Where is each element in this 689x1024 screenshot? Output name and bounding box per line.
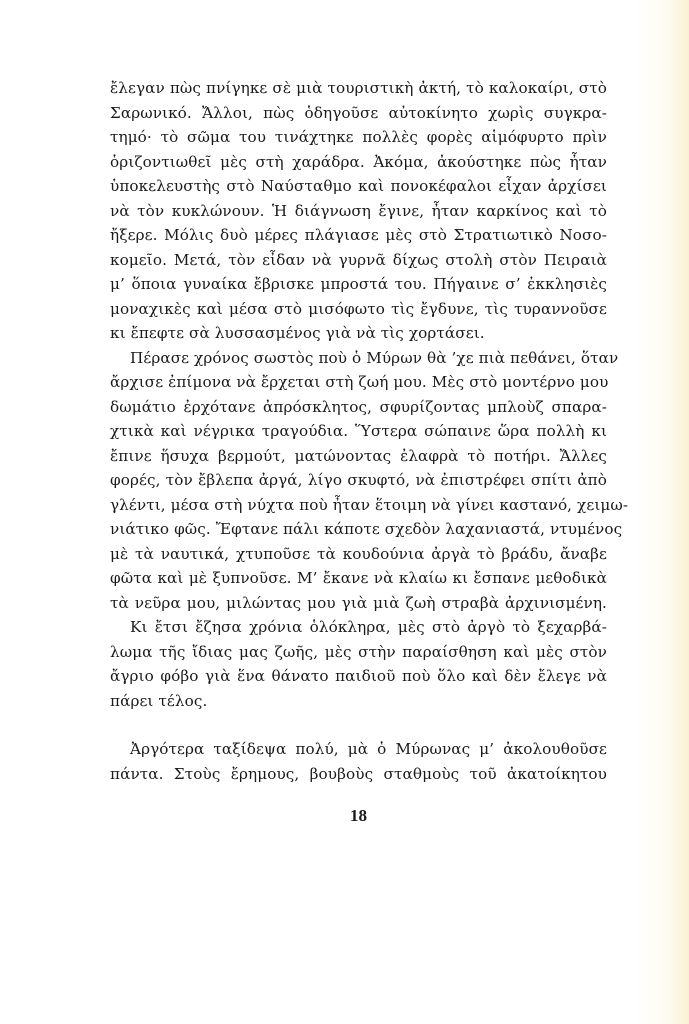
text-line: κι ἔπεφτε σὰ λυσσασμένος γιὰ νὰ τὶς χορτ…	[110, 321, 607, 346]
text-line: τὰ νεῦρα μου, μιλώντας μου γιὰ μιὰ ζωὴ σ…	[110, 591, 607, 616]
paragraph-3: Κι ἔτσι ἔζησα χρόνια ὁλόκληρα, μὲς στὸ ἀ…	[110, 615, 607, 713]
text-line: μοναχικὲς καὶ μέσα στὸ μισόφωτο τὶς ἔγδυ…	[110, 297, 607, 322]
text-line: τημό· τὸ σῶμα του τινάχτηκε πολλὲς φορὲς…	[110, 125, 607, 150]
text-line: ἄγριο φόβο γιὰ ἕνα θάνατο παιδιοῦ ποὺ ὅλ…	[110, 664, 607, 689]
text-line: Πέρασε χρόνος σωστὸς ποὺ ὁ Μύρων θὰ ’χε …	[110, 346, 607, 371]
text-line: πάντα. Στοὺς ἔρημους, βουβοὺς σταθμοὺς τ…	[110, 762, 607, 787]
text-line: ἔπινε ἥσυχα βερμούτ, ματώνοντας ἐλαφρὰ τ…	[110, 444, 607, 469]
paragraph-1: ἔλεγαν πὼς πνίγηκε σὲ μιὰ τουριστικὴ ἀκτ…	[110, 76, 607, 346]
text-line: λωμα τῆς ἴδιας μας ζωῆς, μὲς στὴν παραίσ…	[110, 640, 607, 665]
body-text: ἔλεγαν πὼς πνίγηκε σὲ μιὰ τουριστικὴ ἀκτ…	[110, 76, 607, 786]
text-line: Κι ἔτσι ἔζησα χρόνια ὁλόκληρα, μὲς στὸ ἀ…	[110, 615, 607, 640]
text-line: φορές, τὸν ἔβλεπα ἀργά, λίγο σκυφτό, νὰ …	[110, 468, 607, 493]
text-line: μ’ ὅποια γυναίκα ἔβρισκε μπροστά του. Πή…	[110, 272, 607, 297]
page-number: 18	[0, 806, 689, 826]
text-line: γλέντι, μέσα στὴ νύχτα ποὺ ἦταν ἕτοιμη ν…	[110, 493, 607, 518]
text-line: φῶτα καὶ μὲ ξυπνοῦσε. Μ’ ἔκανε νὰ κλαίω …	[110, 566, 607, 591]
text-line: μὲ τὰ ναυτικά, χτυποῦσε τὰ κουδούνια ἀργ…	[110, 542, 607, 567]
text-line: ἄρχισε ἐπίμονα νὰ ἔρχεται στὴ ζωή μου. Μ…	[110, 370, 607, 395]
text-line: ἤξερε. Μόλις δυὸ μέρες πλάγιασε μὲς στὸ …	[110, 223, 607, 248]
text-line: νὰ τὸν κυκλώνουν. Ἡ διάγνωση ἔγινε, ἦταν…	[110, 199, 607, 224]
text-line: κομεῖο. Μετά, τὸν εἶδαν νὰ γυρνᾶ δίχως σ…	[110, 248, 607, 273]
paragraph-4: Ἀργότερα ταξίδεψα πολύ, μὰ ὁ Μύρωνας μ’ …	[110, 737, 607, 786]
text-line: χτικὰ καὶ νέγρικα τραγούδια. Ὕστερα σώπα…	[110, 419, 607, 444]
text-line: νιάτικο φῶς. Ἔφτανε πάλι κάποτε σχεδὸν λ…	[110, 517, 607, 542]
paragraph-2: Πέρασε χρόνος σωστὸς ποὺ ὁ Μύρων θὰ ’χε …	[110, 346, 607, 616]
text-line: δωμάτιο ἐρχότανε ἀπρόσκλητος, σφυρίζοντα…	[110, 395, 607, 420]
text-line: πάρει τέλος.	[110, 689, 607, 714]
text-line: ὑποκελευστὴς στὸ Ναύσταθμο καὶ πονοκέφαλ…	[110, 174, 607, 199]
text-line: ἔλεγαν πὼς πνίγηκε σὲ μιὰ τουριστικὴ ἀκτ…	[110, 76, 607, 101]
text-line: Ἀργότερα ταξίδεψα πολύ, μὰ ὁ Μύρωνας μ’ …	[110, 737, 607, 762]
book-page: ἔλεγαν πὼς πνίγηκε σὲ μιὰ τουριστικὴ ἀκτ…	[0, 0, 689, 1024]
text-line: ὁριζοντιωθεῖ μὲς στὴ χαράδρα. Ἀκόμα, ἀκο…	[110, 150, 607, 175]
text-line: Σαρωνικό. Ἄλλοι, πὼς ὁδηγοῦσε αὐτοκίνητο…	[110, 101, 607, 126]
section-break	[110, 713, 607, 737]
